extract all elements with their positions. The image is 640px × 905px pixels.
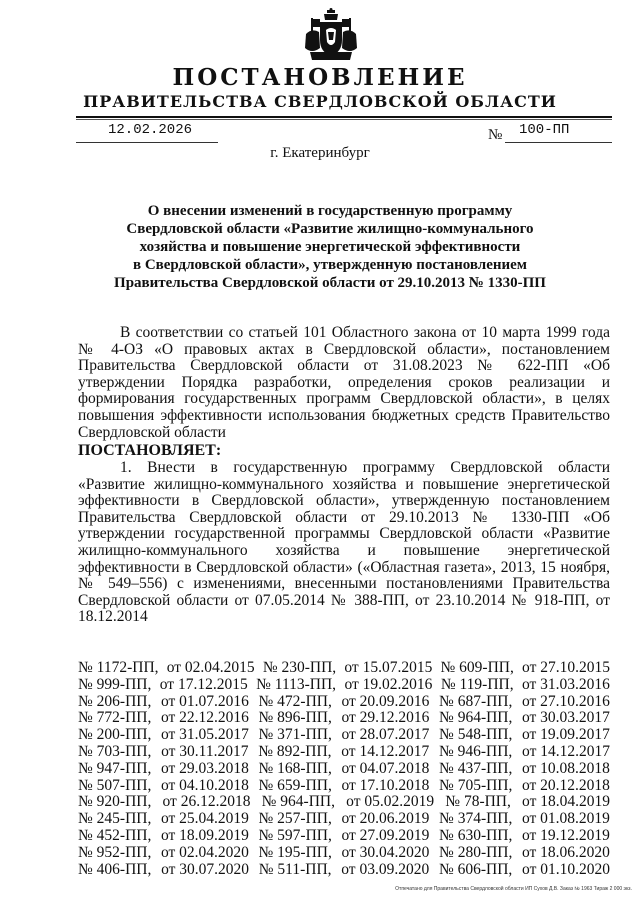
amendment-date: от 19.12.2019 [522, 828, 610, 845]
amendment-date: от 17.12.2015 [160, 677, 248, 694]
amendment-date: от 02.04.2015 [167, 660, 255, 677]
amendment-number: № 230-ПП, [263, 660, 336, 677]
amendment-row: № 452-ПП,от 18.09.2019№ 597-ПП,от 27.09.… [78, 828, 610, 845]
amendment-date: от 22.12.2016 [161, 710, 249, 727]
header-divider [76, 116, 612, 118]
amendment-number: № 705-ПП, [439, 778, 512, 795]
amendment-row: № 1172-ПП,от 02.04.2015№ 230-ПП,от 15.07… [78, 660, 610, 677]
amendment-date: от 30.04.2020 [341, 845, 429, 862]
print-footer: Отпечатано для Правительства Свердловско… [395, 886, 632, 892]
header-divider-thin [76, 119, 612, 120]
clause-1-paragraph: 1. Внести в государственную программу Св… [78, 460, 610, 626]
coat-of-arms-icon [302, 8, 360, 62]
amendment-number: № 659-ПП, [259, 778, 332, 795]
preamble-text: В соответствии со статьей 101 Областного… [78, 324, 610, 441]
amendment-number: № 947-ПП, [78, 761, 151, 778]
amendment-number: № 168-ПП, [259, 761, 332, 778]
amendment-row: № 703-ПП,от 30.11.2017№ 892-ПП,от 14.12.… [78, 744, 610, 761]
amendment-date: от 14.12.2017 [522, 744, 610, 761]
clause-1-text: 1. Внести в государственную программу Св… [78, 459, 610, 625]
amendment-date: от 19.02.2016 [344, 677, 432, 694]
heading-line: Правительства Свердловской области от 29… [90, 274, 570, 292]
amendment-date: от 27.10.2015 [522, 660, 610, 677]
amendment-date: от 04.10.2018 [161, 778, 249, 795]
amendment-row: № 920-ПП,от 26.12.2018№ 964-ПП,от 05.02.… [78, 794, 610, 811]
document-heading: О внесении изменений в государственную п… [90, 202, 570, 292]
amendment-row: № 406-ПП,от 30.07.2020№ 511-ПП,от 03.09.… [78, 862, 610, 879]
amendment-number: № 245-ПП, [78, 811, 151, 828]
amendment-number: № 606-ПП, [439, 862, 512, 879]
amendment-date: от 26.12.2018 [163, 794, 251, 811]
amendment-number: № 946-ПП, [439, 744, 512, 761]
amendments-list: № 1172-ПП,от 02.04.2015№ 230-ПП,от 15.07… [78, 660, 610, 878]
amendment-date: от 31.03.2016 [522, 677, 610, 694]
amendment-date: от 01.10.2020 [522, 862, 610, 879]
amendment-number: № 703-ПП, [78, 744, 151, 761]
amendment-number: № 609-ПП, [441, 660, 514, 677]
amendment-number: № 371-ПП, [259, 727, 332, 744]
preamble-paragraph: В соответствии со статьей 101 Областного… [78, 325, 610, 441]
amendment-number: № 200-ПП, [78, 727, 151, 744]
amendment-number: № 374-ПП, [439, 811, 512, 828]
amendment-number: № 452-ПП, [78, 828, 151, 845]
amendment-date: от 30.03.2017 [522, 710, 610, 727]
amendment-date: от 27.10.2016 [522, 694, 610, 711]
city: г. Екатеринбург [0, 145, 640, 162]
amendment-date: от 18.06.2020 [522, 845, 610, 862]
amendment-number: № 952-ПП, [78, 845, 151, 862]
amendment-row: № 952-ПП,от 02.04.2020№ 195-ПП,от 30.04.… [78, 845, 610, 862]
amendment-date: от 29.03.2018 [161, 761, 249, 778]
amendment-number: № 548-ПП, [439, 727, 512, 744]
heading-line: в Свердловской области», утвержденную по… [90, 256, 570, 274]
amendment-date: от 27.09.2019 [341, 828, 429, 845]
amendment-date: от 30.11.2017 [161, 744, 248, 761]
amendment-number: № 772-ПП, [78, 710, 151, 727]
heading-line: хозяйства и повышение энергетической эфф… [90, 238, 570, 256]
amendment-date: от 28.07.2017 [341, 727, 429, 744]
amendment-date: от 20.06.2019 [341, 811, 429, 828]
amendment-number: № 507-ПП, [78, 778, 151, 795]
amendment-number: № 964-ПП, [262, 794, 335, 811]
amendment-row: № 772-ПП,от 22.12.2016№ 896-ПП,от 29.12.… [78, 710, 610, 727]
amendment-row: № 947-ПП,от 29.03.2018№ 168-ПП,от 04.07.… [78, 761, 610, 778]
amendment-date: от 19.09.2017 [522, 727, 610, 744]
amendment-number: № 892-ПП, [258, 744, 331, 761]
amendment-date: от 18.04.2019 [522, 794, 610, 811]
amendment-date: от 15.07.2015 [344, 660, 432, 677]
amendment-number: № 257-ПП, [259, 811, 332, 828]
amendment-row: № 507-ПП,от 04.10.2018№ 659-ПП,от 17.10.… [78, 778, 610, 795]
amendment-number: № 597-ПП, [259, 828, 332, 845]
amendment-number: № 964-ПП, [439, 710, 512, 727]
amendment-date: от 01.08.2019 [522, 811, 610, 828]
amendment-row: № 206-ПП,от 01.07.2016№ 472-ПП,от 20.09.… [78, 694, 610, 711]
amendment-number: № 406-ПП, [78, 862, 151, 879]
amendment-date: от 30.07.2020 [161, 862, 249, 879]
amendment-date: от 03.09.2020 [341, 862, 429, 879]
amendment-number: № 119-ПП, [441, 677, 514, 694]
amendment-number: № 687-ПП, [439, 694, 512, 711]
heading-line: О внесении изменений в государственную п… [90, 202, 570, 220]
amendment-number: № 206-ПП, [78, 694, 151, 711]
amendment-number: № 1113-ПП, [256, 677, 336, 694]
amendment-row: № 200-ПП,от 31.05.2017№ 371-ПП,от 28.07.… [78, 727, 610, 744]
heading-line: Свердловской области «Развитие жилищно-к… [90, 220, 570, 238]
number-label: № [488, 127, 502, 144]
amendment-date: от 17.10.2018 [341, 778, 429, 795]
amendment-number: № 437-ПП, [439, 761, 512, 778]
document-type-title: ПОСТАНОВЛЕНИЕ [0, 64, 640, 91]
amendment-date: от 02.04.2020 [161, 845, 249, 862]
amendment-number: № 511-ПП, [259, 862, 332, 879]
amendment-number: № 630-ПП, [439, 828, 512, 845]
amendment-number: № 920-ПП, [78, 794, 151, 811]
amendment-number: № 472-ПП, [259, 694, 332, 711]
amendment-number: № 78-ПП, [445, 794, 511, 811]
amendment-date: от 25.04.2019 [161, 811, 249, 828]
amendment-date: от 31.05.2017 [161, 727, 249, 744]
amendment-number: № 999-ПП, [78, 677, 151, 694]
amendment-date: от 05.02.2019 [346, 794, 434, 811]
number-underline [505, 142, 612, 143]
amendment-date: от 20.09.2016 [341, 694, 429, 711]
amendment-number: № 1172-ПП, [78, 660, 159, 677]
amendment-date: от 20.12.2018 [522, 778, 610, 795]
document-date: 12.02.2026 [108, 122, 192, 138]
amendment-row: № 999-ПП,от 17.12.2015№ 1113-ПП,от 19.02… [78, 677, 610, 694]
amendment-date: от 18.09.2019 [161, 828, 249, 845]
amendment-date: от 29.12.2016 [341, 710, 429, 727]
amendment-date: от 04.07.2018 [341, 761, 429, 778]
document-number: 100-ПП [519, 122, 569, 138]
amendment-date: от 10.08.2018 [522, 761, 610, 778]
amendment-date: от 01.07.2016 [161, 694, 249, 711]
issuing-authority: ПРАВИТЕЛЬСТВА СВЕРДЛОВСКОЙ ОБЛАСТИ [0, 92, 640, 111]
date-underline [76, 142, 218, 143]
decree-word: ПОСТАНОВЛЯЕТ: [78, 442, 221, 460]
amendment-number: № 896-ПП, [259, 710, 332, 727]
amendment-date: от 14.12.2017 [341, 744, 429, 761]
amendment-number: № 195-ПП, [259, 845, 332, 862]
amendment-row: № 245-ПП,от 25.04.2019№ 257-ПП,от 20.06.… [78, 811, 610, 828]
amendment-number: № 280-ПП, [439, 845, 512, 862]
